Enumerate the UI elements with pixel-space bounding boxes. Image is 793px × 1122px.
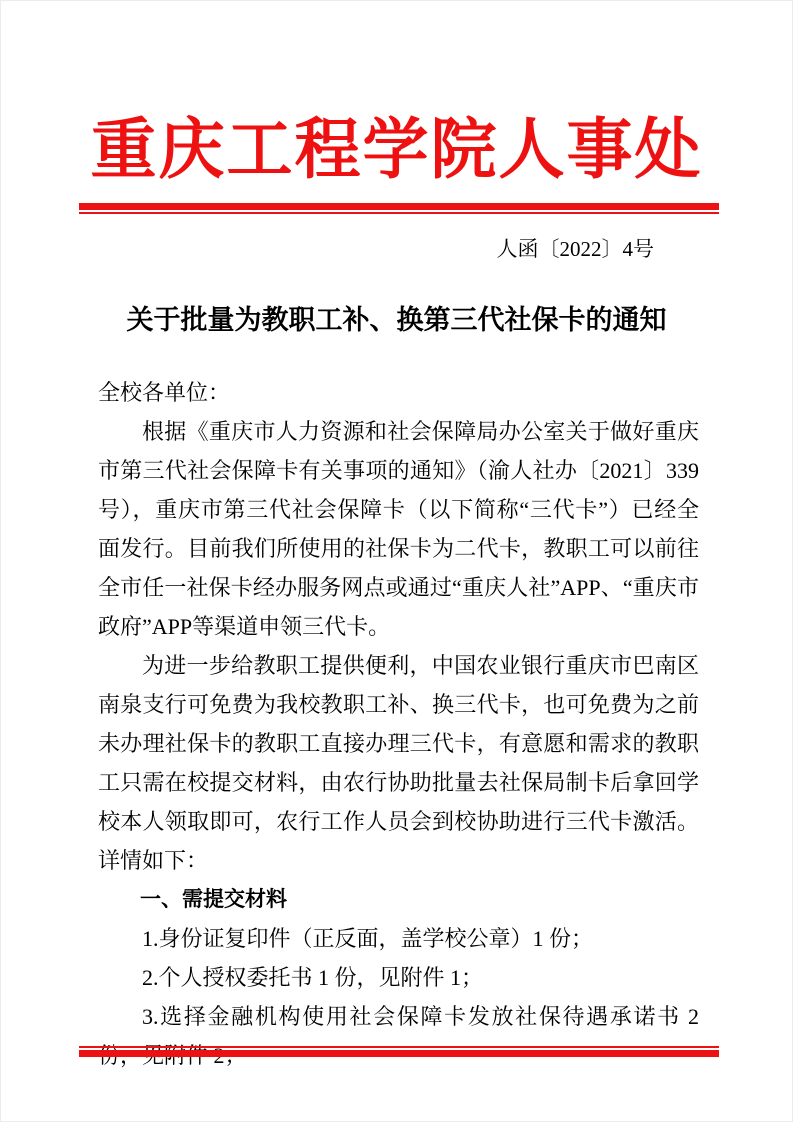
salutation: 全校各单位： bbox=[98, 373, 699, 412]
letterhead-divider bbox=[79, 203, 719, 214]
notice-title: 关于批量为教职工补、换第三代社保卡的通知 bbox=[1, 298, 792, 342]
letterhead-title: 重庆工程学院人事处 bbox=[1, 103, 792, 199]
document-number: 人函〔2022〕4号 bbox=[497, 234, 655, 264]
section-heading-materials: 一、需提交材料 bbox=[98, 880, 699, 919]
letterhead-divider-thin-line bbox=[79, 212, 719, 214]
list-item-id-copy: 1.身份证复印件（正反面，盖学校公章）1 份； bbox=[98, 919, 699, 958]
document-page: 重庆工程学院人事处 人函〔2022〕4号 关于批量为教职工补、换第三代社保卡的通… bbox=[0, 0, 793, 1122]
list-item-commitment-letter: 3.选择金融机构使用社会保障卡发放社保待遇承诺书 2 份，见附件 2； bbox=[98, 997, 699, 1075]
footer-divider-thick-line bbox=[79, 1050, 719, 1057]
document-body: 全校各单位： 根据《重庆市人力资源和社会保障局办公室关于做好重庆市第三代社会保障… bbox=[98, 373, 699, 1075]
letterhead-divider-thick-line bbox=[79, 203, 719, 210]
paragraph-bank-service: 为进一步给教职工提供便利，中国农业银行重庆市巴南区南泉支行可免费为我校教职工补、… bbox=[98, 646, 699, 880]
paragraph-background: 根据《重庆市人力资源和社会保障局办公室关于做好重庆市第三代社会保障卡有关事项的通… bbox=[98, 412, 699, 646]
footer-divider bbox=[79, 1046, 719, 1057]
list-item-authorization-letter: 2.个人授权委托书 1 份，见附件 1； bbox=[98, 958, 699, 997]
